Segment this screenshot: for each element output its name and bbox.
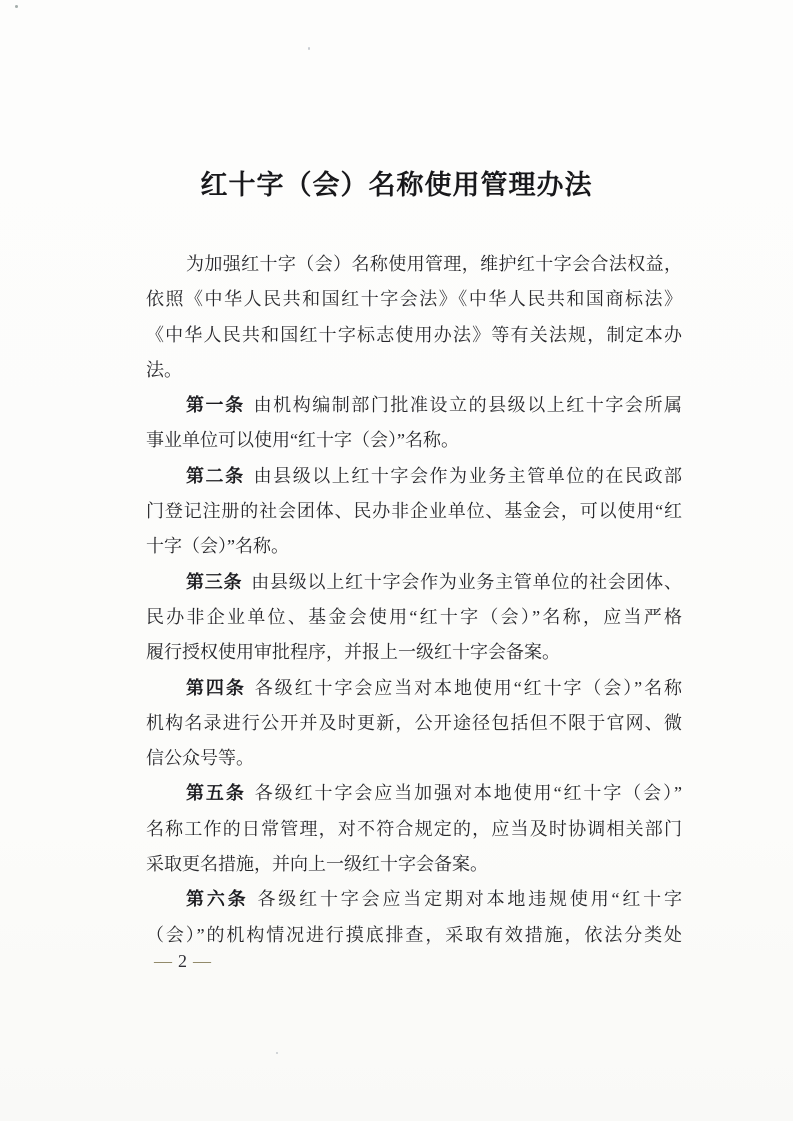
article-first-line: 第三条由县级以上红十字会作为业务主管单位的社会团体、	[146, 565, 682, 600]
article-first-line: 第五条各级红十字会应当加强对本地使用“红十字（会）”	[146, 776, 682, 811]
article-number: 第六条	[186, 889, 248, 909]
article-first-line: 第一条由机构编制部门批准设立的县级以上红十字会所属	[146, 388, 682, 423]
intro-line: 依照《中华人民共和国红十字会法》《中华人民共和国商标法》	[146, 282, 682, 317]
intro-line: 《中华人民共和国红十字标志使用办法》等有关法规，制定本办	[146, 318, 682, 353]
article-number: 第一条	[186, 395, 245, 415]
article-line: 履行授权使用审批程序，并报上一级红十字会备案。	[146, 635, 682, 670]
article-line: 机构名录进行公开并及时更新，公开途径包括但不限于官网、微	[146, 706, 682, 741]
page-number: —2—	[148, 948, 217, 974]
intro-line: 法。	[146, 353, 682, 388]
article-text: 各级红十字会应当加强对本地使用“红十字（会）”	[255, 783, 682, 803]
article-text: 由县级以上红十字会作为业务主管单位的在民政部	[254, 466, 682, 486]
article-line: 门登记注册的社会团体、民办非企业单位、基金会，可以使用“红	[146, 494, 682, 529]
article-text: 各级红十字会应当定期对本地违规使用“红十字	[257, 889, 682, 909]
article-first-line: 第二条由县级以上红十字会作为业务主管单位的在民政部	[146, 459, 682, 494]
article-first-line: 第四条各级红十字会应当对本地使用“红十字（会）”名称	[146, 671, 682, 706]
page-number-dash: —	[187, 951, 217, 971]
scan-speck	[276, 1052, 278, 1054]
article-number: 第二条	[186, 466, 245, 486]
article-text: 由机构编制部门批准设立的县级以上红十字会所属	[254, 395, 682, 415]
page-number-value: 2	[178, 951, 187, 971]
article-line: 事业单位可以使用“红十字（会）”名称。	[146, 423, 682, 458]
page-number-dash: —	[148, 951, 178, 971]
article-first-line: 第六条各级红十字会应当定期对本地违规使用“红十字	[146, 882, 682, 917]
scan-speck	[308, 47, 310, 50]
intro-line: 为加强红十字（会）名称使用管理，维护红十字会合法权益，	[146, 247, 682, 282]
article-number: 第四条	[186, 678, 246, 698]
article-text: 由县级以上红十字会作为业务主管单位的社会团体、	[251, 572, 682, 592]
article-number: 第五条	[186, 783, 246, 803]
article-line: 民办非企业单位、基金会使用“红十字（会）”名称，应当严格	[146, 600, 682, 635]
article-line: 十字（会）”名称。	[146, 529, 682, 564]
article-line: 信公众号等。	[146, 741, 682, 776]
article-line: 名称工作的日常管理，对不符合规定的，应当及时协调相关部门	[146, 812, 682, 847]
article-text: 各级红十字会应当对本地使用“红十字（会）”名称	[255, 678, 682, 698]
scanned-document-page: 红十字（会）名称使用管理办法 为加强红十字（会）名称使用管理，维护红十字会合法权…	[0, 0, 793, 1121]
article-number: 第三条	[186, 572, 242, 592]
article-line: 采取更名措施，并向上一级红十字会备案。	[146, 847, 682, 882]
document-body: 为加强红十字（会）名称使用管理，维护红十字会合法权益， 依照《中华人民共和国红十…	[146, 247, 682, 953]
article-line: （会）”的机构情况进行摸底排查，采取有效措施，依法分类处	[146, 918, 682, 953]
scan-speck	[15, 5, 18, 8]
document-title: 红十字（会）名称使用管理办法	[0, 169, 793, 203]
